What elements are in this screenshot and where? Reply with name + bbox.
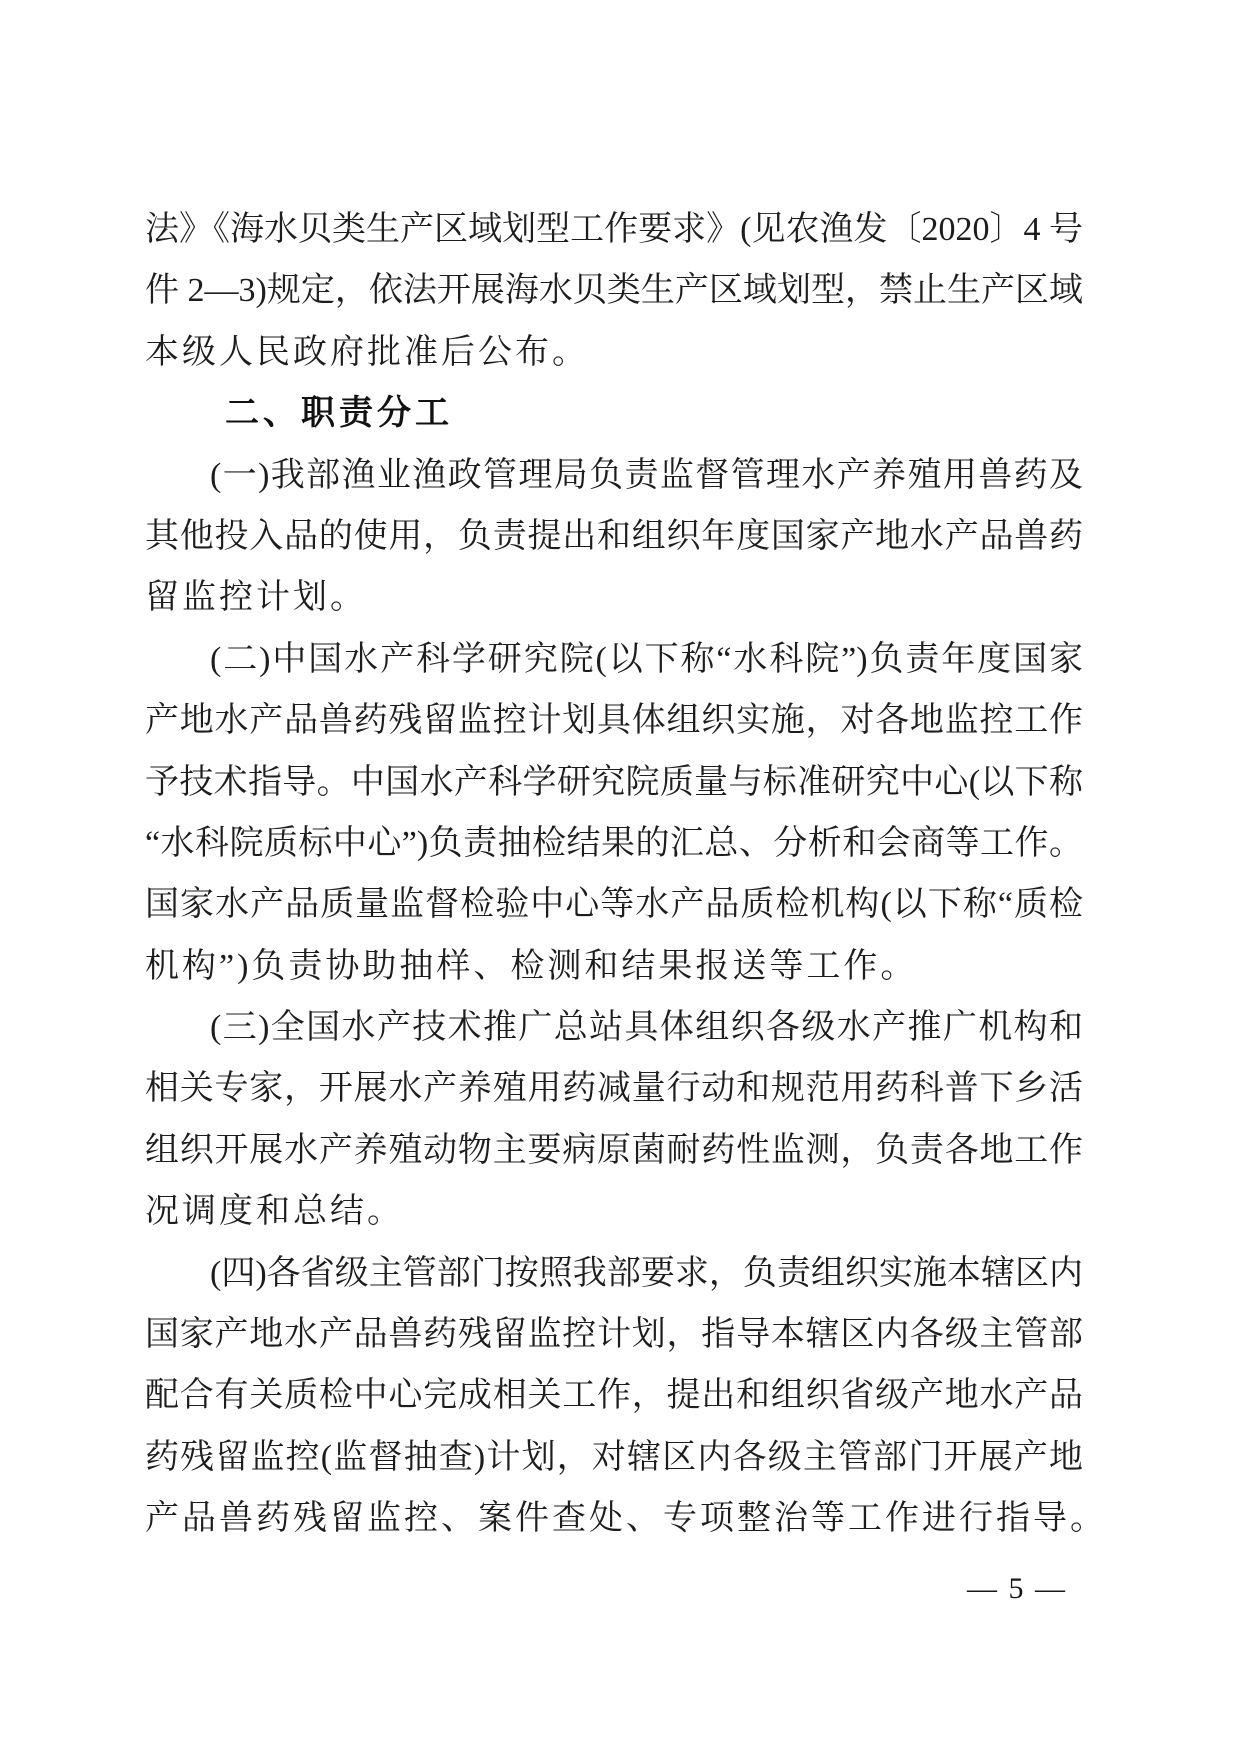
text-line: (二)中国水产科学研究院(以下称“水科院”)负责年度国家 <box>145 629 1083 690</box>
text-line: 相关专家，开展水产养殖用药减量行动和规范用药科普下乡活动， <box>145 1058 1083 1119</box>
text-line: 产地水产品兽药残留监控计划具体组织实施，对各地监控工作给 <box>145 690 1083 751</box>
text-line: 况调度和总结。 <box>145 1181 1083 1242</box>
text-line: 配合有关质检中心完成相关工作，提出和组织省级产地水产品兽 <box>145 1365 1083 1426</box>
document-page: 法》《海水贝类生产区域划型工作要求》(见农渔发〔2020〕4 号附件 2—3)规… <box>0 0 1240 1754</box>
text-line: 本级人民政府批准后公布。 <box>145 322 1083 383</box>
document-body: 法》《海水贝类生产区域划型工作要求》(见农渔发〔2020〕4 号附件 2—3)规… <box>145 199 1083 1550</box>
text-line: 国家产地水产品兽药残留监控计划，指导本辖区内各级主管部门 <box>145 1304 1083 1365</box>
section-heading: 二、职责分工 <box>145 383 1083 444</box>
text-line: (一)我部渔业渔政管理局负责监督管理水产养殖用兽药及 <box>145 445 1083 506</box>
text-line: 药残留监控(监督抽查)计划，对辖区内各级主管部门开展产地水 <box>145 1427 1083 1488</box>
page-number: — 5 — <box>145 1572 1067 1606</box>
text-line: 机构”)负责协助抽样、检测和结果报送等工作。 <box>145 936 1083 997</box>
text-line: 留监控计划。 <box>145 567 1083 628</box>
text-line: “水科院质标中心”)负责抽检结果的汇总、分析和会商等工作。 <box>145 813 1083 874</box>
text-line: (三)全国水产技术推广总站具体组织各级水产推广机构和 <box>145 997 1083 1058</box>
text-line: 予技术指导。中国水产科学研究院质量与标准研究中心(以下称 <box>145 752 1083 813</box>
text-line: 组织开展水产养殖动物主要病原菌耐药性监测，负责各地工作情 <box>145 1120 1083 1181</box>
text-line: 产品兽药残留监控、案件查处、专项整治等工作进行指导。 <box>145 1488 1083 1549</box>
text-line: 其他投入品的使用，负责提出和组织年度国家产地水产品兽药残 <box>145 506 1083 567</box>
text-line: 件 2—3)规定，依法开展海水贝类生产区域划型，禁止生产区域报 <box>145 260 1083 321</box>
text-line: 法》《海水贝类生产区域划型工作要求》(见农渔发〔2020〕4 号附 <box>145 199 1083 260</box>
text-line: 国家水产品质量监督检验中心等水产品质检机构(以下称“质检 <box>145 874 1083 935</box>
text-line: (四)各省级主管部门按照我部要求，负责组织实施本辖区内 <box>145 1243 1083 1304</box>
